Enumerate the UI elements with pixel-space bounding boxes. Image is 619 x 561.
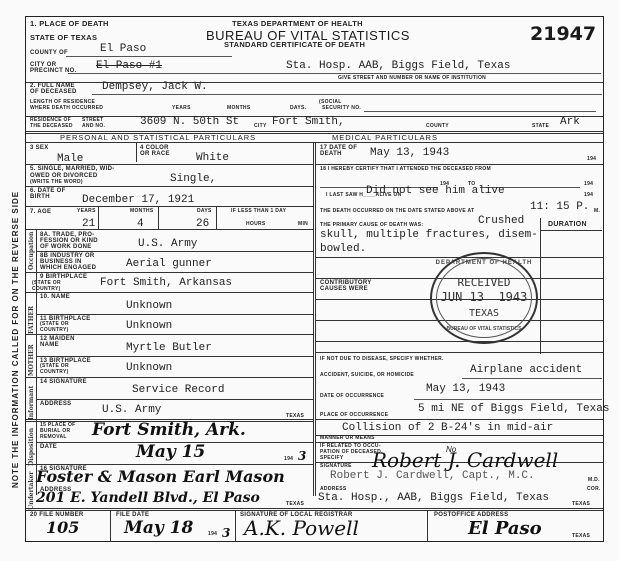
stamp-state: TEXAS — [432, 308, 536, 319]
institution-value: Sta. Hosp. AAB, Biggs Field, Texas — [286, 60, 510, 72]
occurrence-date-value: May 13, 1943 — [426, 383, 505, 395]
disposition-tag: Disposition — [28, 428, 35, 466]
burial-year-suffix: 3 — [298, 449, 306, 463]
accident-label: ACCIDENT, SUICIDE, OR HOMICIDE — [320, 373, 414, 379]
related-occupation-label-3: SPECIFY — [320, 456, 344, 462]
physician-signature-label: SIGNATURE — [320, 464, 352, 470]
city-value: El Paso #1 — [96, 60, 162, 72]
mother-name-value: Myrtle Butler — [126, 342, 212, 354]
stamp-arc-bottom: BUREAU OF VITAL STATISTICS — [432, 326, 536, 332]
burial-year-prefix: 194 — [284, 457, 293, 463]
industry-value: Aerial gunner — [126, 258, 212, 270]
days-label: DAYS. — [290, 106, 306, 112]
color-value: White — [196, 152, 229, 164]
not-disease-label: IF NOT DUE TO DISEASE, SPECIFY WHETHER. — [320, 357, 444, 363]
duration-label: DURATION — [548, 221, 587, 229]
residence-state-value: Ark — [560, 116, 580, 128]
county-value: El Paso — [100, 43, 146, 55]
side-note: NOTE THE INFORMATION CALLED FOR ON THE R… — [12, 191, 20, 488]
informant-signature-label: 14 SIGNATURE — [40, 379, 87, 386]
manner-label: MANNER OR MEANS — [320, 436, 375, 442]
mother-name-label-2: NAME — [40, 342, 59, 349]
cor-label: COR. — [587, 487, 601, 493]
received-stamp: DEPARTMENT OF HEALTH RECEIVED JUN 13 194… — [430, 252, 538, 344]
postoffice-texas-label: TEXAS — [572, 534, 590, 540]
file-date-year-suffix: 3 — [222, 526, 230, 540]
ssn-label-2: SECURITY NO. — [322, 106, 361, 112]
hours-label: HOURS — [246, 222, 266, 228]
burial-date-value: May 15 — [136, 442, 205, 462]
last-saw-label: I LAST SAW H____ALIVE ON — [326, 193, 402, 199]
residence-label-2: THE DECEASED — [30, 124, 73, 130]
months-label: MONTHS — [227, 106, 250, 112]
manner-value: Collision of 2 B-24's in mid-air — [342, 422, 553, 434]
postoffice-value: El Paso — [468, 518, 542, 539]
to-year-label: 194 — [584, 182, 593, 188]
dept-title: TEXAS DEPARTMENT OF HEALTH — [232, 20, 363, 28]
mother-birthplace-label-3: COUNTRY) — [40, 370, 69, 376]
undertaker-texas-label: TEXAS — [286, 502, 304, 508]
trade-label-3: OF WORK DONE — [40, 244, 92, 251]
informant-signature-value: Service Record — [132, 384, 224, 396]
dod-label-2: DEATH — [320, 151, 342, 158]
state-label: STATE OF TEXAS — [30, 34, 97, 42]
physician-signature-typed: Robert J. Cardwell, Capt., M.C. — [330, 470, 535, 482]
place-of-death-label: 1. PLACE OF DEATH — [30, 20, 109, 28]
dod-year-label: 194 — [587, 157, 596, 163]
accident-value: Airplane accident — [470, 364, 582, 376]
street-label-2: AND NO. — [82, 124, 105, 130]
residence-city-value: Fort Smith, — [272, 116, 345, 128]
informant-address-label: ADDRESS — [40, 401, 71, 408]
dob-value: December 17, 1921 — [82, 194, 194, 206]
cause-line-3: bowled. — [320, 243, 366, 255]
time-of-death-label: THE DEATH OCCURRED ON THE DATE STATED AB… — [320, 209, 474, 215]
contributory-label-2: CAUSES WERE — [320, 286, 368, 293]
md-label: M.D. — [588, 478, 600, 484]
stamp-arc-top: DEPARTMENT OF HEALTH — [432, 260, 536, 266]
age-label: 7. AGE — [30, 209, 51, 216]
cause-label: THE PRIMARY CAUSE OF DEATH WAS: — [320, 223, 423, 229]
certify-label: 18 I HEREBY CERTIFY THAT I ATTENDED THE … — [320, 167, 491, 173]
deceased-name: Dempsey, Jack W. — [102, 81, 208, 93]
marital-value: Single, — [170, 173, 216, 185]
occupation-tag: Occupation — [28, 232, 35, 270]
dod-value: May 13, 1943 — [370, 147, 449, 159]
residence-state-label: STATE — [532, 124, 549, 130]
time-suffix-label: M. — [594, 209, 600, 215]
registrar-signature: A.K. Powell — [244, 516, 359, 540]
trade-value: U.S. Army — [138, 238, 197, 250]
occurrence-date-label: DATE OF OCCURRENCE — [320, 394, 384, 400]
color-label-2: OR RACE — [140, 151, 170, 158]
less-than-day-label: IF LESS THAN 1 DAY — [231, 209, 286, 215]
last-saw-year-label: 194 — [584, 193, 593, 199]
personal-section-title: PERSONAL AND STATISTICAL PARTICULARS — [60, 134, 256, 142]
physician-signature-script: Robert J. Cardwell — [372, 448, 558, 472]
father-birthplace-label-3: COUNTRY) — [40, 328, 69, 334]
physician-address-value: Sta. Hosp., AAB, Biggs Field, Texas — [318, 492, 549, 504]
cause-line-2: skull, multiple fractures, disem- — [320, 229, 538, 241]
informant-address-value: U.S. Army — [102, 404, 161, 416]
min-label: MIN — [298, 222, 308, 228]
dob-label-2: BIRTH — [30, 194, 50, 201]
father-name-value: Unknown — [126, 300, 172, 312]
street-value: 3609 N. 50th St — [140, 116, 239, 128]
file-date-year-prefix: 194 — [208, 532, 217, 538]
burial-place-value: Fort Smith, Ark. — [92, 420, 246, 440]
age-months-label: MONTHS — [130, 209, 153, 215]
marital-label: 5. SINGLE, MARRIED, WID- — [30, 166, 115, 173]
father-tag: FATHER — [28, 306, 35, 334]
father-name-label: 10. NAME — [40, 294, 70, 301]
file-number-value: 105 — [46, 518, 79, 537]
file-date-value: May 18 — [124, 518, 193, 538]
cause-line-1: Crushed — [478, 215, 524, 227]
time-of-death-value: 11: 15 P. — [530, 201, 589, 213]
father-birthplace-value: Unknown — [126, 320, 172, 332]
sex-label: 3 SEX — [30, 145, 49, 152]
county-label: COUNTY OF — [30, 50, 68, 57]
occurrence-place-label: PLACE OF OCCURRENCE — [320, 413, 388, 419]
undertaker-signature-value: Foster & Mason Earl Mason — [36, 467, 285, 486]
mother-birthplace-value: Unknown — [126, 362, 172, 374]
marital-label-3: (WRITE THE WORD) — [30, 180, 83, 186]
name-label-2: OF DECEASED — [30, 89, 77, 96]
stamp-received: RECEIVED — [432, 276, 536, 289]
undertaker-address-value: 201 E. Yandell Blvd., El Paso — [36, 490, 260, 506]
standard-title: STANDARD CERTIFICATE OF DEATH — [224, 41, 365, 49]
certificate-number: 21947 — [530, 23, 596, 45]
age-years-label: YEARS — [77, 209, 96, 215]
institution-label: GIVE STREET AND NUMBER OR NAME OF INSTIT… — [338, 76, 486, 82]
residence-city-label: CITY — [254, 124, 267, 130]
mother-tag: MOTHER — [28, 344, 35, 376]
years-label: YEARS — [172, 106, 191, 112]
burial-date-label: DATE — [40, 444, 57, 451]
medical-section-title: MEDICAL PARTICULARS — [332, 134, 438, 142]
age-days-label: DAYS — [197, 209, 212, 215]
stamp-date: JUN 13 1943 — [432, 290, 536, 304]
burial-label-3: REMOVAL — [40, 435, 67, 441]
residence-county-label: COUNTY — [426, 124, 449, 130]
informant-tag: Informant — [28, 386, 35, 420]
length-residence-label-2: WHERE DEATH OCCURRED — [30, 106, 103, 112]
industry-label-3: WHICH ENGAGED — [40, 265, 96, 272]
undertaker-tag: Undertaker — [28, 471, 35, 510]
occurrence-place-value: 5 mi NE of Biggs Field, Texas — [418, 403, 609, 415]
physician-texas-label: TEXAS — [572, 502, 590, 508]
birthplace-value: Fort Smith, Arkansas — [100, 277, 232, 289]
